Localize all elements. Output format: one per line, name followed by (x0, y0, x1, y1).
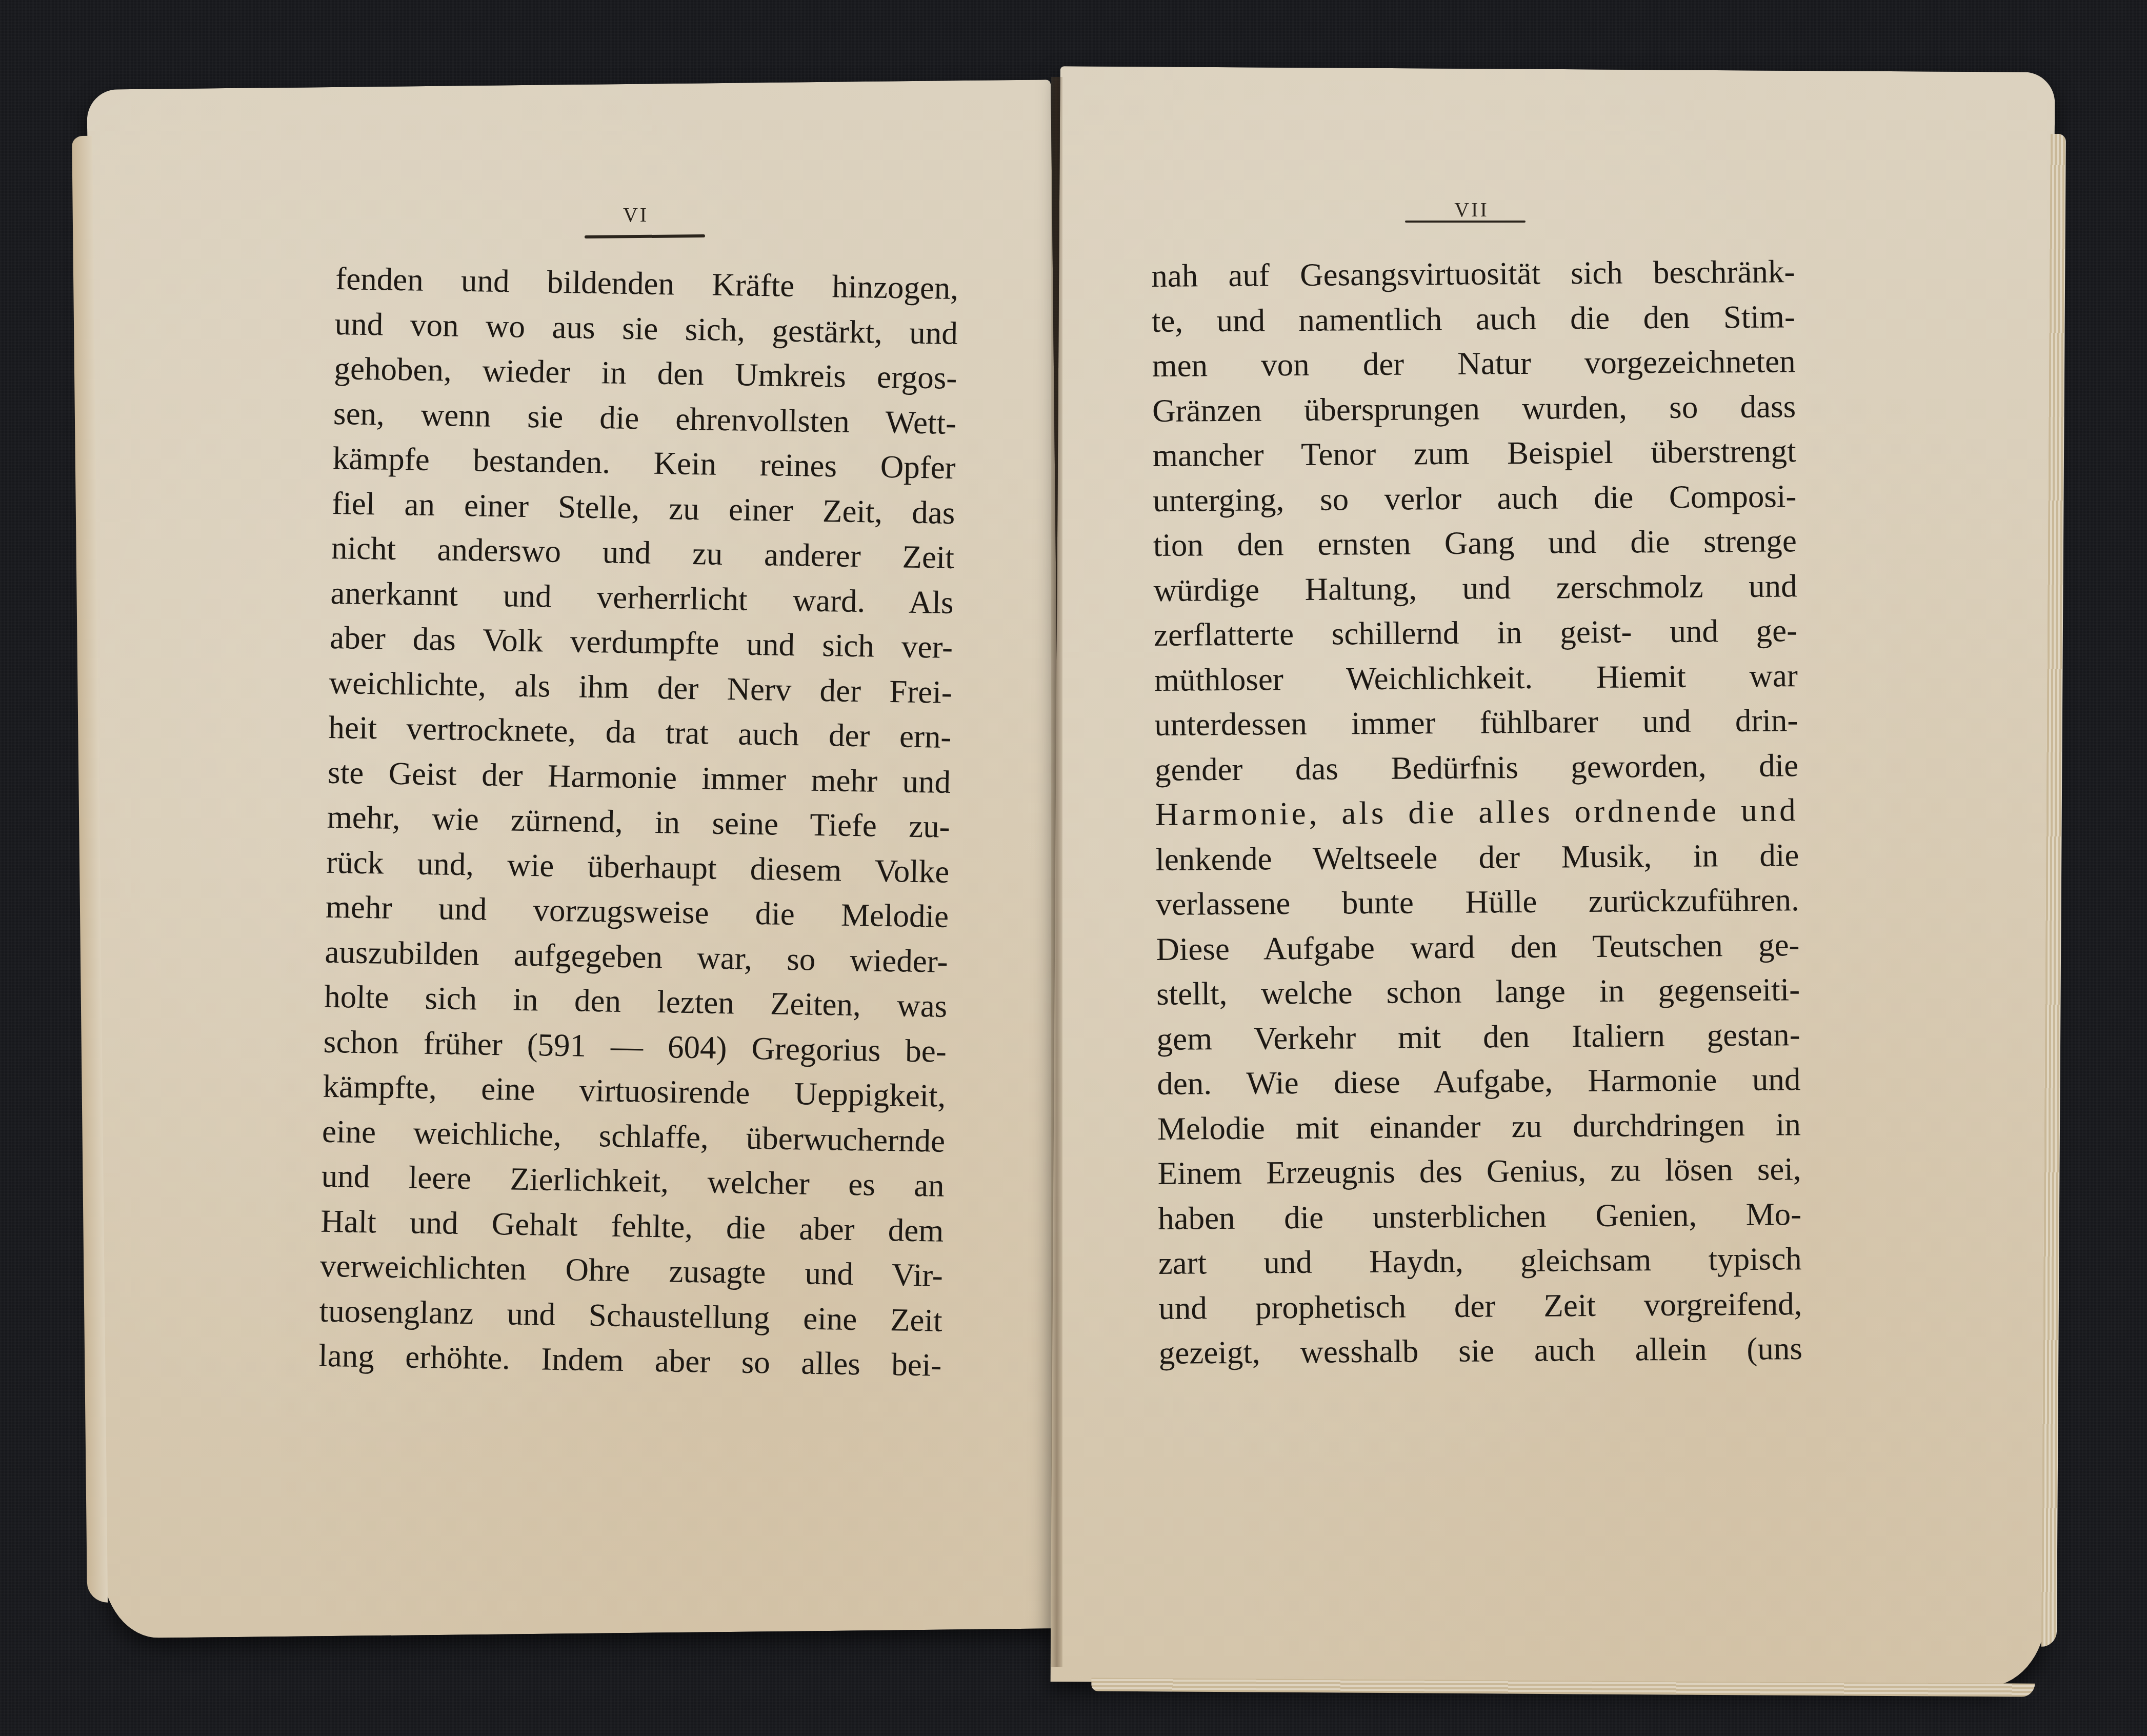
text-line: gem Verkehr mit den Italiern gestan- (1156, 1012, 1800, 1062)
text-line: Gränzen übersprungen wurden, so dass (1152, 384, 1796, 433)
text-line: gender das Bedürfnis geworden, die (1155, 743, 1799, 792)
right-header-rule (1405, 221, 1526, 223)
text-line: Harmonie, als die alles ordnende und (1155, 788, 1799, 837)
left-page-number: VI (579, 203, 692, 227)
text-line: haben die unsterblichen Genien, Mo- (1158, 1192, 1802, 1241)
text-line: würdige Haltung, und zerschmolz und (1153, 564, 1797, 613)
text-line: men von der Natur vorgezeichneten (1152, 339, 1796, 388)
left-page-text: fenden und bildenden Kräfte hinzogen, un… (318, 256, 959, 1388)
text-line: lenkende Weltseele der Musik, in die (1155, 833, 1799, 882)
text-line: tion den ernsten Gang und die strenge (1153, 518, 1797, 568)
text-line: gezeigt, wesshalb sie auch allein (uns (1159, 1326, 1803, 1375)
text-line: zerflatterte schillernd in geist- und ge… (1154, 608, 1798, 657)
text-line: verlassene bunte Hülle zurückzuführen. (1156, 877, 1800, 927)
right-page-number: VII (1415, 197, 1528, 222)
text-line: unterging, so verlor auch die Composi- (1153, 474, 1797, 523)
text-line: Einem Erzeugnis des Genius, zu lösen sei… (1157, 1147, 1801, 1196)
text-line: nah auf Gesangsvirtuosität sich beschrän… (1151, 249, 1795, 298)
text-line: und prophetisch der Zeit vorgreifend, (1158, 1282, 1802, 1331)
text-line: Diese Aufgabe ward den Teutschen ge- (1156, 923, 1800, 972)
text-line: müthloser Weichlichkeit. Hiemit war (1154, 653, 1798, 703)
book-gutter (1051, 77, 1062, 1667)
text-line: Melodie mit einander zu durchdringen in (1157, 1102, 1801, 1151)
text-line: den. Wie diese Aufgabe, Harmonie und (1157, 1057, 1801, 1106)
right-page-text: nah auf Gesangsvirtuosität sich beschrän… (1151, 249, 1802, 1375)
text-line: unterdessen immer fühlbarer und drin- (1154, 698, 1798, 747)
text-line: mancher Tenor zum Beispiel überstrengt (1152, 429, 1796, 478)
text-line: stellt, welche schon lange in gegenseiti… (1156, 967, 1800, 1016)
text-line: te, und namentlich auch die den Stim- (1152, 294, 1796, 344)
text-line: zart und Haydn, gleichsam typisch (1158, 1236, 1802, 1286)
